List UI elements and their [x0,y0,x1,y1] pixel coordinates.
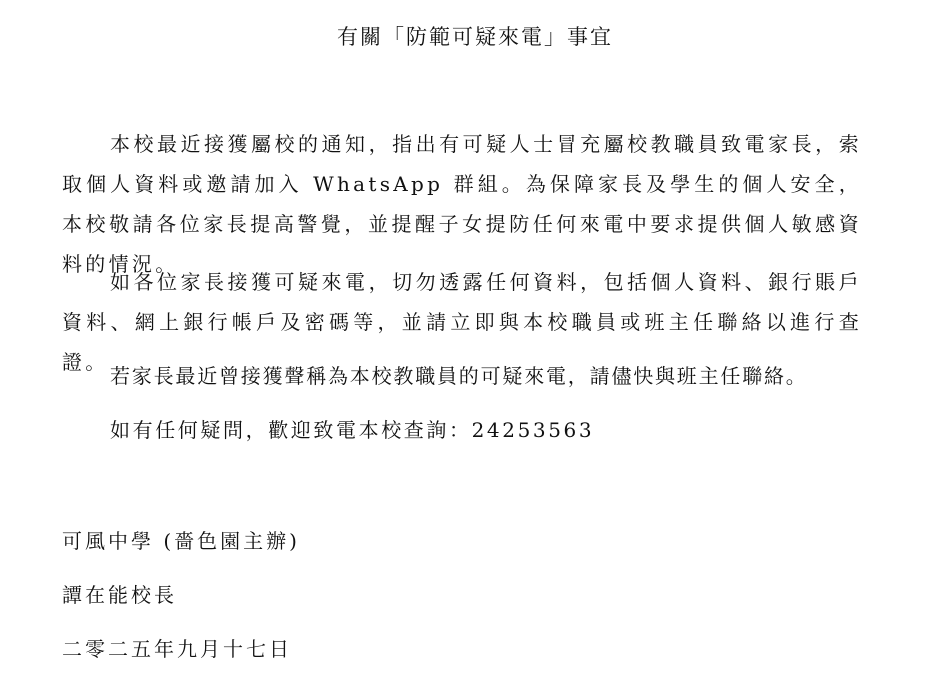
document-title: 有關「防範可疑來電」事宜 [0,22,950,52]
signature-date: 二零二五年九月十七日 [62,634,292,664]
paragraph-enquiry: 如有任何疑問，歡迎致電本校查詢：24253563 [62,410,862,450]
paragraph-contact-teacher: 若家長最近曾接獲聲稱為本校教職員的可疑來電，請儘快與班主任聯絡。 [62,356,882,396]
signature-school: 可風中學 (嗇色園主辦) [62,526,300,556]
paragraph-intro: 本校最近接獲屬校的通知，指出有可疑人士冒充屬校教職員致電家長，索取個人資料或邀請… [62,124,862,284]
signature-principal: 譚在能校長 [62,580,177,610]
